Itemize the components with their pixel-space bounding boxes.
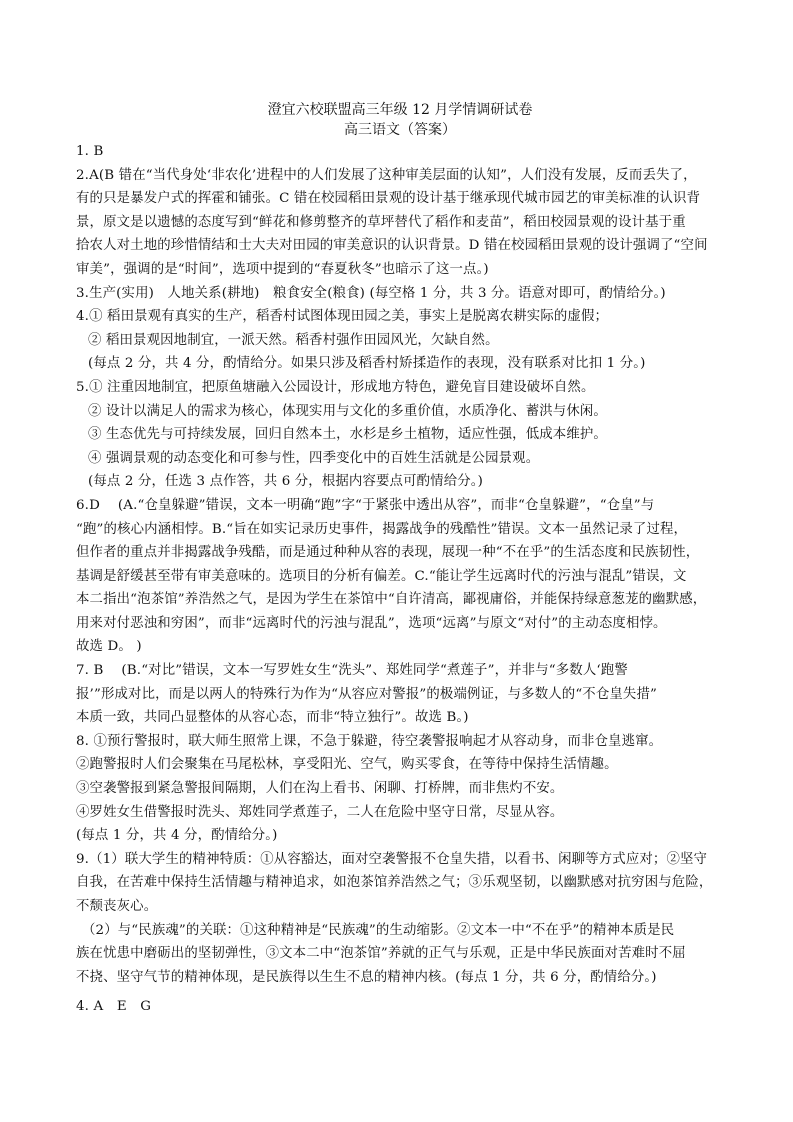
answer-line: 基调是舒缓甚至带有审美意味的。选项目的分析有偏差。C.“能让学生远离时代的污浊与… <box>76 565 726 589</box>
answer-q8: 8. ①预行警报时，联大师生照常上课，不急于躲避，待空袭警报响起才从容动身，而非… <box>76 730 726 848</box>
answer-line: 自我，在苦难中保持生活情趣与精神追求，如泡茶馆养浩然之气；③乐观坚韧，以幽默感对… <box>76 871 726 895</box>
answer-line: 3.生产(实用) 人地关系(耕地) 粮食安全(粮食) (每空格 1 分，共 3 … <box>76 282 726 306</box>
answer-line: 审美”，强调的是“时间”，选项中提到的“春夏秋冬”也暗示了这一点。) <box>76 258 726 282</box>
answer-line: 5.① 注重因地制宜，把原鱼塘融入公园设计，形成地方特色，避免盲目建设破坏自然。 <box>76 376 726 400</box>
answer-q4-extra: 4. A E G <box>76 995 726 1019</box>
answer-line: 8. ①预行警报时，联大师生照常上课，不急于躲避，待空袭警报响起才从容动身，而非… <box>76 730 726 754</box>
answer-q3: 3.生产(实用) 人地关系(耕地) 粮食安全(粮食) (每空格 1 分，共 3 … <box>76 282 726 306</box>
answer-line: ② 设计以满足人的需求为核心，体现实用与文化的多重价值，水质净化、蓄洪与休闲。 <box>76 400 726 424</box>
document-subtitle: 高三语文（答案） <box>74 120 726 140</box>
answer-line: 报’”形成对比，而是以两人的特殊行为作为“从容应对警报”的极端例证，与多数人的“… <box>76 683 726 707</box>
answer-line: 1. B <box>76 140 726 164</box>
answer-line: （2）与“民族魂”的关联：①这种精神是“民族魂”的生动缩影。②文本一中“不在乎”… <box>76 919 726 943</box>
answer-q7: 7. B (B.“对比”错误，文本一写罗姓女生“洗头”、郑姓同学“煮莲子”，并非… <box>76 659 726 730</box>
answer-line: 景，原文是以遗憾的态度写到“鲜花和修剪整齐的草坪替代了稻作和麦苗”，稻田校园景观… <box>76 211 726 235</box>
answer-line: ④ 强调景观的动态变化和可参与性，四季变化中的百姓生活就是公园景观。 <box>76 447 726 471</box>
answer-line: “跑”的核心内涵相悖。B.“旨在如实记录历史事件，揭露战争的残酷性”错误。文本一… <box>76 518 726 542</box>
answer-line: 族在忧患中磨砺出的坚韧弹性，③文本二中“泡茶馆”养就的正气与乐观，正是中华民族面… <box>76 942 726 966</box>
answer-q2: 2.A(B 错在“当代身处‘非农化’进程中的人们发展了这种审美层面的认知”，人们… <box>76 164 726 282</box>
answer-line: ② 稻田景观因地制宜，一派天然。稻香村强作田园风光，欠缺自然。 <box>76 329 726 353</box>
answer-line: ②跑警报时人们会聚集在马尾松林，享受阳光、空气，购买零食，在等待中保持生活情趣。 <box>76 753 726 777</box>
answer-document: 澄宜六校联盟高三年级 12 月学情调研试卷 高三语文（答案） 1. B 2.A(… <box>76 100 726 1019</box>
scoring-note: (每点 2 分，任选 3 点作答，共 6 分，根据内容要点可酌情给分。) <box>76 470 726 494</box>
answer-q1: 1. B <box>76 140 726 164</box>
answer-line: 拾农人对土地的珍惜情结和士大夫对田园的审美意识的认识背景。D 错在校园稻田景观的… <box>76 234 726 258</box>
answer-line: 故选 D。 ) <box>76 635 726 659</box>
answer-q9: 9.（1）联大学生的精神特质：①从容豁达，面对空袭警报不仓皇失措，以看书、闲聊等… <box>76 848 726 990</box>
answer-q5: 5.① 注重因地制宜，把原鱼塘融入公园设计，形成地方特色，避免盲目建设破坏自然。… <box>76 376 726 494</box>
document-title: 澄宜六校联盟高三年级 12 月学情调研试卷 <box>74 100 726 120</box>
answer-line: 不挠、坚守气节的精神体现，是民族得以生生不息的精神内核。(每点 1 分，共 6 … <box>76 966 726 990</box>
answer-q4: 4.① 稻田景观有真实的生产，稻香村试图体现田园之美，事实上是脱离农耕实际的虚假… <box>76 305 726 376</box>
answer-line: ③ 生态优先与可持续发展，回归自然本土，水杉是乡土植物，适应性强，低成本维护。 <box>76 423 726 447</box>
scoring-note: (每点 2 分，共 4 分，酌情给分。如果只涉及稻香村矫揉造作的表现，没有联系对… <box>76 352 726 376</box>
answer-line: 本二指出“泡茶馆”养浩然之气，是因为学生在茶馆中“自许清高，鄙视庸俗，并能保持绿… <box>76 588 726 612</box>
answer-line: ④罗姓女生借警报时洗头、郑姓同学煮莲子，二人在危险中坚守日常，尽显从容。 <box>76 801 726 825</box>
answer-line: 2.A(B 错在“当代身处‘非农化’进程中的人们发展了这种审美层面的认知”，人们… <box>76 164 726 188</box>
answer-line: 6.D (A.“仓皇躲避”错误，文本一明确“跑”字“于紧张中透出从容”，而非“仓… <box>76 494 726 518</box>
answer-line: 但作者的重点并非揭露战争残酷，而是通过种种从容的表现，展现一种“不在乎”的生活态… <box>76 541 726 565</box>
answer-line: 7. B (B.“对比”错误，文本一写罗姓女生“洗头”、郑姓同学“煮莲子”，并非… <box>76 659 726 683</box>
answer-line: 本质一致，共同凸显整体的从容心态，而非“特立独行”。故选 B。) <box>76 706 726 730</box>
answer-line: 9.（1）联大学生的精神特质：①从容豁达，面对空袭警报不仓皇失措，以看书、闲聊等… <box>76 848 726 872</box>
answer-line: 用来对付恶浊和穷困”，而非“远离时代的污浊与混乱”，选项“远离”与原文“对付”的… <box>76 612 726 636</box>
answer-line: 不颓丧灰心。 <box>76 895 726 919</box>
answer-line: 4.① 稻田景观有真实的生产，稻香村试图体现田园之美，事实上是脱离农耕实际的虚假… <box>76 305 726 329</box>
answer-q6: 6.D (A.“仓皇躲避”错误，文本一明确“跑”字“于紧张中透出从容”，而非“仓… <box>76 494 726 659</box>
answer-line: 有的只是暴发户式的挥霍和铺张。C 错在校园稻田景观的设计基于继承现代城市园艺的审… <box>76 187 726 211</box>
answer-line: ③空袭警报到紧急警报间隔期，人们在沟上看书、闲聊、打桥牌，而非焦灼不安。 <box>76 777 726 801</box>
answer-line: 4. A E G <box>76 995 726 1019</box>
scoring-note: (每点 1 分，共 4 分，酌情给分。) <box>76 824 726 848</box>
